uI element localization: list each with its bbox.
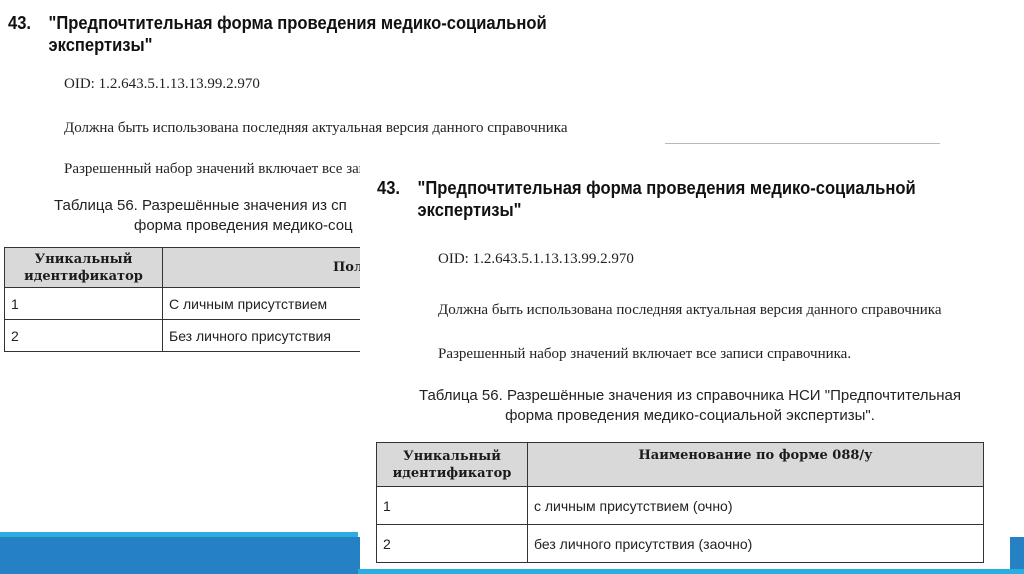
- heading-line2: экспертизы": [377, 199, 929, 221]
- caption-line2: форма проведения медико-социальной экспе…: [400, 406, 980, 426]
- background-oid: OID: 1.2.643.5.1.13.13.99.2.970: [64, 76, 260, 93]
- header-id: Уникальный идентификатор: [5, 248, 163, 288]
- cell-id: 2: [377, 525, 528, 563]
- cell-id: 2: [5, 320, 163, 352]
- overlay-allowed-set: Разрешенный набор значений включает все …: [438, 346, 851, 363]
- background-allowed-set: Разрешенный набор значений включает все …: [64, 161, 364, 178]
- header-name: Наименование по форме 088/у: [528, 443, 984, 487]
- divider-line: [665, 143, 940, 144]
- heading-line1: "Предпочтительная форма проведения медик…: [417, 178, 915, 198]
- cell-name: без личного присутствия (заочно): [528, 525, 984, 563]
- background-version-note: Должна быть использована последняя актуа…: [64, 120, 568, 137]
- overlay-heading: 43."Предпочтительная форма проведения ме…: [377, 177, 929, 221]
- cell-id: 1: [5, 288, 163, 320]
- caption-line1: Таблица 56. Разрешённые значения из спра…: [400, 386, 980, 406]
- cell-id: 1: [377, 487, 528, 525]
- overlay-version-note: Должна быть использована последняя актуа…: [438, 302, 942, 319]
- heading-line1: "Предпочтительная форма проведения медик…: [48, 13, 546, 33]
- cell-name: с личным присутствием (очно): [528, 487, 984, 525]
- table-header-row: Уникальный идентификатор Наименование по…: [377, 443, 984, 487]
- overlay-caption: Таблица 56. Разрешённые значения из спра…: [400, 386, 980, 426]
- overlay-document: 43."Предпочтительная форма проведения ме…: [360, 165, 1010, 569]
- heading-line2: экспертизы": [8, 34, 578, 56]
- overlay-table: Уникальный идентификатор Наименование по…: [376, 442, 984, 563]
- table-row: 1 с личным присутствием (очно): [377, 487, 984, 525]
- heading-number: 43.: [8, 12, 48, 34]
- header-id: Уникальный идентификатор: [377, 443, 528, 487]
- background-heading: 43."Предпочтительная форма проведения ме…: [8, 12, 578, 56]
- heading-number: 43.: [377, 177, 417, 199]
- table-row: 2 без личного присутствия (заочно): [377, 525, 984, 563]
- slide-band-light-right: [358, 569, 1024, 574]
- overlay-oid: OID: 1.2.643.5.1.13.13.99.2.970: [438, 251, 634, 268]
